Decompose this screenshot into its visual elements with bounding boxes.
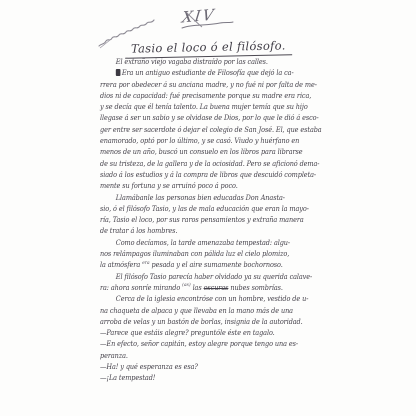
manuscript-line: dios ni de capacidad: fué precisamente p… xyxy=(100,91,316,102)
manuscript-line: ra: ahora sonríe mirando (as) las oscura… xyxy=(100,283,316,294)
manuscript-line: Como decíamos, la tarde amenazaba tempes… xyxy=(100,238,316,249)
manuscript-line: de su tristeza, de la gallera y de la oc… xyxy=(100,159,316,170)
flourish-icon xyxy=(176,6,236,36)
handwritten-text: de tratar á los hombres. xyxy=(100,227,177,235)
manuscript-line: llegase á ser un sabio y se olvidase de … xyxy=(100,113,316,124)
handwritten-text: ger entre ser sacerdote ó dejar el coleg… xyxy=(100,126,322,134)
manuscript-body: El extraño viejo vagaba distraído por la… xyxy=(100,57,332,385)
manuscript-line: menos de un año, buscó un consuelo en lo… xyxy=(100,147,316,158)
manuscript-line: enamorado, optó por lo último, y se casó… xyxy=(100,136,316,147)
manuscript-line: na chaqueta de alpaca y que llevaba en l… xyxy=(100,306,316,317)
manuscript-line: la atmósfera era pesada y el aire sumame… xyxy=(100,260,316,271)
handwritten-text: —¡La tempestad! xyxy=(100,374,155,382)
manuscript-line: de tratar á los hombres. xyxy=(100,226,316,237)
handwritten-text: ra: ahora sonríe mirando xyxy=(100,284,182,292)
handwritten-text: peranza. xyxy=(100,352,128,360)
manuscript-line: nos relámpagos iluminaban con pálida luz… xyxy=(100,249,316,260)
chapter-number: XIV xyxy=(176,6,236,36)
interlinear-correction: era xyxy=(142,260,149,266)
handwritten-text: siado á los estudios y á la compra de li… xyxy=(100,171,316,179)
struck-word: oscuras xyxy=(204,284,229,292)
manuscript-line: El extraño viejo vagaba distraído por la… xyxy=(100,57,316,68)
manuscript-line: Era un antiguo estudiante de Filosofía q… xyxy=(100,68,316,79)
handwritten-text: nubes sombrías. xyxy=(228,284,282,292)
handwritten-text: El extraño viejo vagaba distraído por la… xyxy=(116,58,268,66)
handwritten-text: Era un antiguo estudiante de Filosofía q… xyxy=(122,69,294,77)
handwritten-text: enamorado, optó por lo último, y se casó… xyxy=(100,137,299,145)
manuscript-line: siado á los estudios y á la compra de li… xyxy=(100,170,316,181)
handwritten-text: la atmósfera xyxy=(100,261,142,269)
manuscript-line: Cerca de la iglesia encontróse con un ho… xyxy=(100,294,316,305)
manuscript-line: —Ha! y qué esperanza es esa? xyxy=(100,362,316,373)
handwritten-text: arroba de velas y un bastón de borlas, i… xyxy=(100,318,303,326)
page-title: Tasio el loco ó el filósofo. xyxy=(124,38,291,58)
manuscript-line: y se decía que él tenía talento. La buen… xyxy=(100,102,316,113)
handwritten-text: ría, Tasio el loco, por sus raros pensam… xyxy=(100,216,304,224)
handwritten-text: llegase á ser un sabio y se olvidase de … xyxy=(100,114,319,122)
handwritten-text: nos relámpagos iluminaban con pálida luz… xyxy=(100,250,289,258)
interlinear-correction: (as) xyxy=(182,282,190,288)
handwritten-text: —Parece que estáis alegre? preguntóle és… xyxy=(100,329,275,337)
handwritten-text: na chaqueta de alpaca y que llevaba en l… xyxy=(100,307,293,315)
manuscript-line: ría, Tasio el loco, por sus raros pensam… xyxy=(100,215,316,226)
handwritten-text: —Ha! y qué esperanza es esa? xyxy=(100,363,198,371)
manuscript-line: peranza. xyxy=(100,351,316,362)
handwritten-text: y se decía que él tenía talento. La buen… xyxy=(100,103,308,111)
title-row: Tasio el loco ó el filósofo. xyxy=(0,36,416,57)
ink-blot xyxy=(116,69,121,76)
handwritten-text: dios ni de capacidad: fué precisamente p… xyxy=(100,92,311,100)
handwritten-text: rrera por obedecer á su anciana madre, y… xyxy=(100,81,317,89)
handwritten-text: El filósofo Tasio parecía haber olvidado… xyxy=(116,273,312,281)
handwritten-text: —En efecto, señor capitán, estoy alegre … xyxy=(100,340,298,348)
handwritten-text: pesada y el aire sumamente bochornoso. xyxy=(150,261,283,269)
handwritten-text: las xyxy=(191,284,204,292)
manuscript-line: rrera por obedecer á su anciana madre, y… xyxy=(100,80,316,91)
manuscript-line: mente su fortuna y se arruinó poco á poc… xyxy=(100,181,316,192)
manuscript-line: —¡La tempestad! xyxy=(100,373,316,384)
handwritten-text: Llamábanle las personas bien educadas Do… xyxy=(116,194,285,202)
manuscript-line: —En efecto, señor capitán, estoy alegre … xyxy=(100,339,316,350)
manuscript-line: arroba de velas y un bastón de borlas, i… xyxy=(100,317,316,328)
manuscript-line: Llamábanle las personas bien educadas Do… xyxy=(100,193,316,204)
manuscript-line: El filósofo Tasio parecía haber olvidado… xyxy=(100,272,316,283)
manuscript-line: sio, ó el filósofo Tasio, y las de mala … xyxy=(100,204,316,215)
handwritten-text: sio, ó el filósofo Tasio, y las de mala … xyxy=(100,205,309,213)
manuscript-line: ger entre ser sacerdote ó dejar el coleg… xyxy=(100,125,316,136)
handwritten-text: de su tristeza, de la gallera y de la oc… xyxy=(100,160,319,168)
manuscript-line: —Parece que estáis alegre? preguntóle és… xyxy=(100,328,316,339)
handwritten-text: menos de un año, buscó un consuelo en lo… xyxy=(100,148,303,156)
handwritten-text: mente su fortuna y se arruinó poco á poc… xyxy=(100,182,238,190)
manuscript-page: XIV Tasio el loco ó el filósofo. El extr… xyxy=(0,0,416,416)
handwritten-text: Cerca de la iglesia encontróse con un ho… xyxy=(116,295,308,303)
handwritten-text: Como decíamos, la tarde amenazaba tempes… xyxy=(116,239,290,247)
